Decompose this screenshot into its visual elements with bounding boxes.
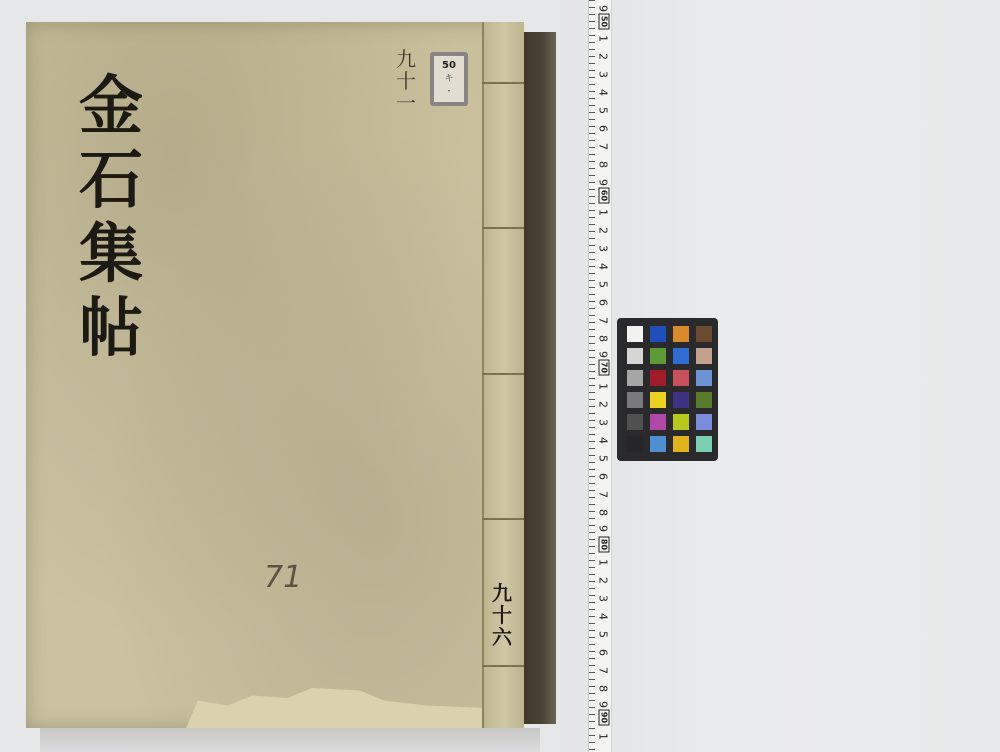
color-patch bbox=[673, 348, 689, 364]
ruler-tick-label: 1 bbox=[597, 730, 610, 744]
ruler-tick-label: 7 bbox=[597, 664, 610, 678]
ruler-tick-label: 3 bbox=[597, 416, 610, 430]
stitch-line bbox=[482, 665, 524, 667]
color-patch bbox=[627, 392, 643, 408]
color-patch bbox=[627, 326, 643, 342]
color-patch bbox=[673, 370, 689, 386]
ruler-tick-label: 50 bbox=[599, 14, 610, 30]
color-patch bbox=[673, 392, 689, 408]
ruler-tick-label: 3 bbox=[597, 592, 610, 606]
ruler-tick-label: 7 bbox=[597, 488, 610, 502]
color-patch bbox=[650, 326, 666, 342]
color-patch bbox=[696, 414, 712, 430]
ruler-tick-label: 8 bbox=[597, 506, 610, 520]
color-patch bbox=[696, 326, 712, 342]
ruler-tick-label: 4 bbox=[597, 260, 610, 274]
library-label: 50 キ ・ bbox=[430, 52, 468, 106]
color-patch bbox=[673, 414, 689, 430]
volume-char: 一 bbox=[396, 92, 416, 114]
spine-mark: 九 十 六 bbox=[486, 582, 518, 648]
ruler-tick-label: 2 bbox=[597, 398, 610, 412]
pencil-mark: 71 bbox=[264, 560, 302, 595]
ruler-tick-label: 6 bbox=[597, 470, 610, 484]
ruler-tick-label: 5 bbox=[597, 628, 610, 642]
color-patch bbox=[650, 392, 666, 408]
color-patch bbox=[650, 414, 666, 430]
ruler-tick-label: 1 bbox=[597, 556, 610, 570]
spine-char: 六 bbox=[492, 626, 512, 648]
color-patch bbox=[627, 370, 643, 386]
color-patch bbox=[650, 348, 666, 364]
book-shadow bbox=[520, 32, 556, 724]
ruler-tick-label: 3 bbox=[597, 68, 610, 82]
ruler-tick-label: 80 bbox=[599, 537, 610, 553]
book-title: 金 石 集 帖 bbox=[56, 70, 166, 366]
ruler-tick-label: 4 bbox=[597, 610, 610, 624]
ruler-tick-label: 3 bbox=[597, 242, 610, 256]
volume-char: 九 bbox=[396, 48, 416, 70]
ruler-labels: 9501234567896012345678970123456789801234… bbox=[596, 0, 610, 752]
label-sub: ・ bbox=[444, 84, 453, 97]
ruler-tick-label: 6 bbox=[597, 646, 610, 660]
ruler-tick-label: 1 bbox=[597, 206, 610, 220]
title-char: 集 bbox=[79, 218, 143, 292]
ruler-tick-label: 2 bbox=[597, 574, 610, 588]
water-stain bbox=[186, 678, 486, 728]
color-patch bbox=[627, 436, 643, 452]
ruler-tick-label: 7 bbox=[597, 140, 610, 154]
spine-char: 九 bbox=[492, 582, 512, 604]
ruler-tick-label: 9 bbox=[597, 522, 610, 536]
ruler-tick-label: 1 bbox=[597, 380, 610, 394]
ruler-tick-label: 8 bbox=[597, 332, 610, 346]
ruler-tick-label: 4 bbox=[597, 86, 610, 100]
title-char: 石 bbox=[79, 144, 143, 218]
color-patch bbox=[673, 436, 689, 452]
color-patch bbox=[627, 414, 643, 430]
stitch-line bbox=[482, 518, 524, 520]
ruler-tick-label: 6 bbox=[597, 296, 610, 310]
label-number: 50 bbox=[442, 60, 456, 71]
stitch-line bbox=[482, 227, 524, 229]
book-cover: 金 石 集 帖 九 十 一 50 キ ・ 71 九 十 六 bbox=[26, 22, 522, 728]
stitch-line bbox=[482, 373, 524, 375]
title-char: 帖 bbox=[79, 292, 143, 366]
book-bottom-shadow bbox=[40, 728, 540, 752]
color-patch bbox=[627, 348, 643, 364]
label-kana: キ bbox=[444, 71, 453, 84]
ruler-tick-label: 5 bbox=[597, 104, 610, 118]
spine-char: 十 bbox=[492, 604, 512, 626]
ruler-tick-label: 6 bbox=[597, 122, 610, 136]
ruler-tick-label: 5 bbox=[597, 452, 610, 466]
color-patch bbox=[673, 326, 689, 342]
volume-mark: 九 十 一 bbox=[394, 48, 418, 114]
ruler-tick-label: 70 bbox=[599, 360, 610, 376]
color-patch bbox=[650, 436, 666, 452]
ruler-tick-label: 1 bbox=[597, 32, 610, 46]
color-patch bbox=[696, 370, 712, 386]
color-patch bbox=[650, 370, 666, 386]
ruler-tick-label: 90 bbox=[599, 710, 610, 726]
color-patch bbox=[696, 348, 712, 364]
ruler-tick-label: 4 bbox=[597, 434, 610, 448]
ruler-tick-label: 7 bbox=[597, 314, 610, 328]
volume-char: 十 bbox=[396, 70, 416, 92]
ruler-tick-label: 2 bbox=[597, 50, 610, 64]
color-calibration-card bbox=[617, 318, 718, 461]
stitch-line bbox=[482, 82, 524, 84]
ruler-tick-label: 60 bbox=[599, 188, 610, 204]
ruler-tick-label: 8 bbox=[597, 158, 610, 172]
ruler-tick-label: 2 bbox=[597, 224, 610, 238]
color-patch bbox=[696, 436, 712, 452]
ruler-tick-label: 5 bbox=[597, 278, 610, 292]
title-char: 金 bbox=[79, 70, 143, 144]
ruler-tick-label: 8 bbox=[597, 682, 610, 696]
color-patch bbox=[696, 392, 712, 408]
